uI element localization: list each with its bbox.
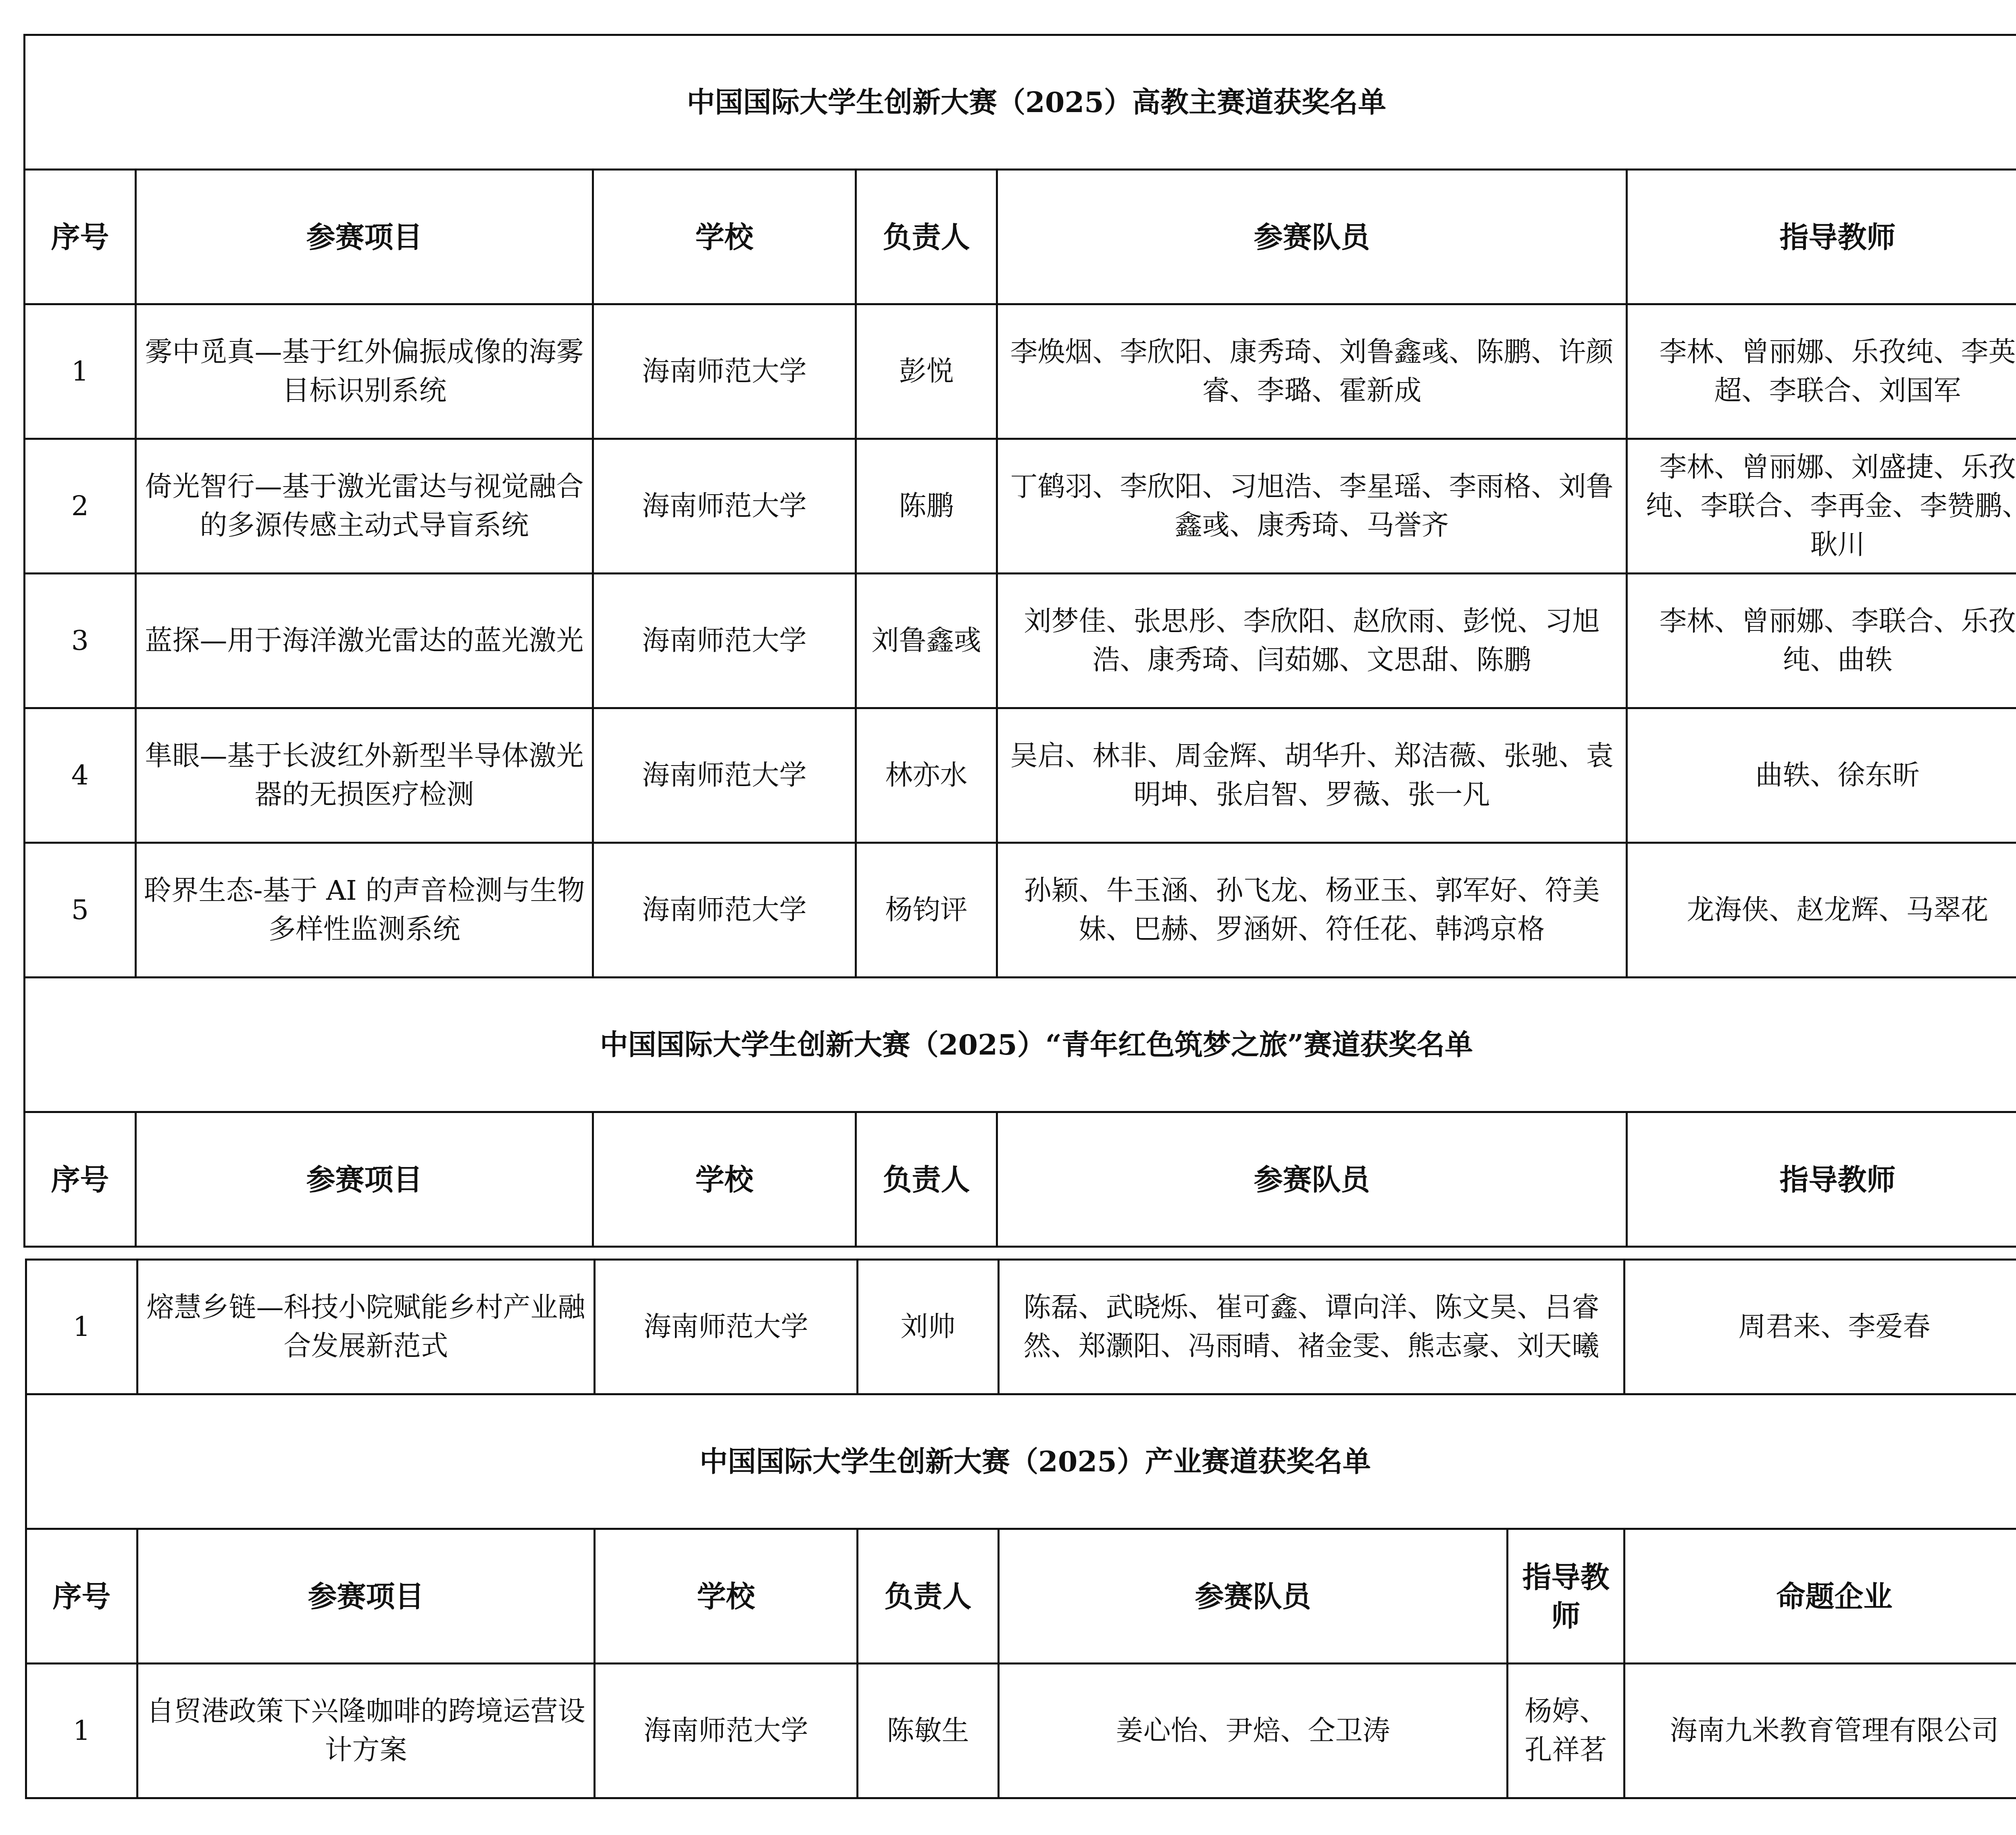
awards-table-secondary: 1 熔慧乡链—科技小院赋能乡村产业融合发展新范式 海南师范大学 刘帅 陈磊、武晓… xyxy=(25,1259,2016,1799)
cell-no: 1 xyxy=(26,1664,137,1798)
header-company: 命题企业 xyxy=(1624,1529,2016,1664)
cell-school: 海南师范大学 xyxy=(593,708,856,843)
header-no: 序号 xyxy=(26,1529,137,1664)
cell-no: 1 xyxy=(26,1260,137,1394)
table-row: 2 倚光智行—基于激光雷达与视觉融合的多源传感主动式导盲系统 海南师范大学 陈鹏… xyxy=(25,439,2016,574)
cell-school: 海南师范大学 xyxy=(593,843,856,978)
awards-table-main: 中国国际大学生创新大赛（2025）高教主赛道获奖名单 序号 参赛项目 学校 负责… xyxy=(23,34,2016,1248)
table-row: 3 蓝探—用于海洋激光雷达的蓝光激光 海南师范大学 刘鲁鑫彧 刘梦佳、张思彤、李… xyxy=(25,574,2016,708)
cell-project: 雾中觅真—基于红外偏振成像的海雾目标识别系统 xyxy=(136,304,593,439)
header-members: 参赛队员 xyxy=(997,1112,1627,1247)
header-leader: 负责人 xyxy=(858,1529,999,1664)
cell-project: 倚光智行—基于激光雷达与视觉融合的多源传感主动式导盲系统 xyxy=(136,439,593,574)
cell-leader: 林亦水 xyxy=(856,708,997,843)
header-leader: 负责人 xyxy=(856,170,997,304)
header-school: 学校 xyxy=(593,1112,856,1247)
cell-advisors: 李林、曾丽娜、李联合、乐孜纯、曲轶 xyxy=(1627,574,2016,708)
cell-advisors: 李林、曾丽娜、刘盛捷、乐孜纯、李联合、李再金、李赞鹏、耿川 xyxy=(1627,439,2016,574)
header-project: 参赛项目 xyxy=(136,1112,593,1247)
header-no: 序号 xyxy=(25,1112,136,1247)
header-leader: 负责人 xyxy=(856,1112,997,1247)
cell-no: 1 xyxy=(25,304,136,439)
header-members: 参赛队员 xyxy=(997,170,1627,304)
table-row: 1 自贸港政策下兴隆咖啡的跨境运营设计方案 海南师范大学 陈敏生 姜心怡、尹焙、… xyxy=(26,1664,2016,1798)
header-school: 学校 xyxy=(595,1529,858,1664)
cell-project: 隼眼—基于长波红外新型半导体激光器的无损医疗检测 xyxy=(136,708,593,843)
header-project: 参赛项目 xyxy=(136,170,593,304)
section-title-main-track: 中国国际大学生创新大赛（2025）高教主赛道获奖名单 xyxy=(25,35,2016,170)
cell-school: 海南师范大学 xyxy=(595,1664,858,1798)
header-advisors: 指导教师 xyxy=(1508,1529,1624,1664)
cell-advisors: 曲轶、徐东昕 xyxy=(1627,708,2016,843)
header-members: 参赛队员 xyxy=(999,1529,1508,1664)
cell-advisors: 杨婷、孔祥茗 xyxy=(1508,1664,1624,1798)
table-row: 5 聆界生态-基于 AI 的声音检测与生物多样性监测系统 海南师范大学 杨钧评 … xyxy=(25,843,2016,978)
cell-members: 姜心怡、尹焙、仝卫涛 xyxy=(999,1664,1508,1798)
cell-members: 刘梦佳、张思彤、李欣阳、赵欣雨、彭悦、习旭浩、康秀琦、闫茹娜、文思甜、陈鹏 xyxy=(997,574,1627,708)
cell-advisors: 龙海侠、赵龙辉、马翠花 xyxy=(1627,843,2016,978)
cell-members: 陈磊、武晓烁、崔可鑫、谭向洋、陈文昊、吕睿然、郑灏阳、冯雨晴、褚金雯、熊志豪、刘… xyxy=(999,1260,1624,1394)
cell-no: 5 xyxy=(25,843,136,978)
cell-school: 海南师范大学 xyxy=(593,304,856,439)
cell-project: 熔慧乡链—科技小院赋能乡村产业融合发展新范式 xyxy=(137,1260,595,1394)
header-school: 学校 xyxy=(593,170,856,304)
cell-project: 蓝探—用于海洋激光雷达的蓝光激光 xyxy=(136,574,593,708)
header-no: 序号 xyxy=(25,170,136,304)
cell-advisors: 周君来、李爱春 xyxy=(1624,1260,2016,1394)
header-advisors: 指导教师 xyxy=(1627,1112,2016,1247)
section-title-red-track: 中国国际大学生创新大赛（2025）“青年红色筑梦之旅”赛道获奖名单 xyxy=(25,978,2016,1112)
cell-no: 4 xyxy=(25,708,136,843)
cell-school: 海南师范大学 xyxy=(593,439,856,574)
cell-leader: 彭悦 xyxy=(856,304,997,439)
cell-leader: 陈鹏 xyxy=(856,439,997,574)
cell-advisors: 李林、曾丽娜、乐孜纯、李英超、李联合、刘国军 xyxy=(1627,304,2016,439)
cell-company: 海南九米教育管理有限公司 xyxy=(1624,1664,2016,1798)
cell-project: 聆界生态-基于 AI 的声音检测与生物多样性监测系统 xyxy=(136,843,593,978)
cell-no: 2 xyxy=(25,439,136,574)
cell-members: 丁鹤羽、李欣阳、习旭浩、李星瑶、李雨格、刘鲁鑫彧、康秀琦、马誉齐 xyxy=(997,439,1627,574)
table-row: 1 雾中觅真—基于红外偏振成像的海雾目标识别系统 海南师范大学 彭悦 李焕烟、李… xyxy=(25,304,2016,439)
cell-members: 孙颖、牛玉涵、孙飞龙、杨亚玉、郭军好、符美妹、巴赫、罗涵妍、符任花、韩鸿京格 xyxy=(997,843,1627,978)
cell-members: 李焕烟、李欣阳、康秀琦、刘鲁鑫彧、陈鹏、许颜睿、李璐、霍新成 xyxy=(997,304,1627,439)
cell-project: 自贸港政策下兴隆咖啡的跨境运营设计方案 xyxy=(137,1664,595,1798)
cell-members: 吴启、林非、周金辉、胡华升、郑洁薇、张驰、袁明坤、张启智、罗薇、张一凡 xyxy=(997,708,1627,843)
cell-leader: 杨钧评 xyxy=(856,843,997,978)
section-title-industry-track: 中国国际大学生创新大赛（2025）产业赛道获奖名单 xyxy=(26,1394,2016,1529)
table-row: 1 熔慧乡链—科技小院赋能乡村产业融合发展新范式 海南师范大学 刘帅 陈磊、武晓… xyxy=(26,1260,2016,1394)
header-advisors: 指导教师 xyxy=(1627,170,2016,304)
cell-leader: 刘帅 xyxy=(858,1260,999,1394)
cell-school: 海南师范大学 xyxy=(595,1260,858,1394)
table-row: 4 隼眼—基于长波红外新型半导体激光器的无损医疗检测 海南师范大学 林亦水 吴启… xyxy=(25,708,2016,843)
cell-school: 海南师范大学 xyxy=(593,574,856,708)
cell-no: 3 xyxy=(25,574,136,708)
cell-leader: 刘鲁鑫彧 xyxy=(856,574,997,708)
cell-leader: 陈敏生 xyxy=(858,1664,999,1798)
header-project: 参赛项目 xyxy=(137,1529,595,1664)
